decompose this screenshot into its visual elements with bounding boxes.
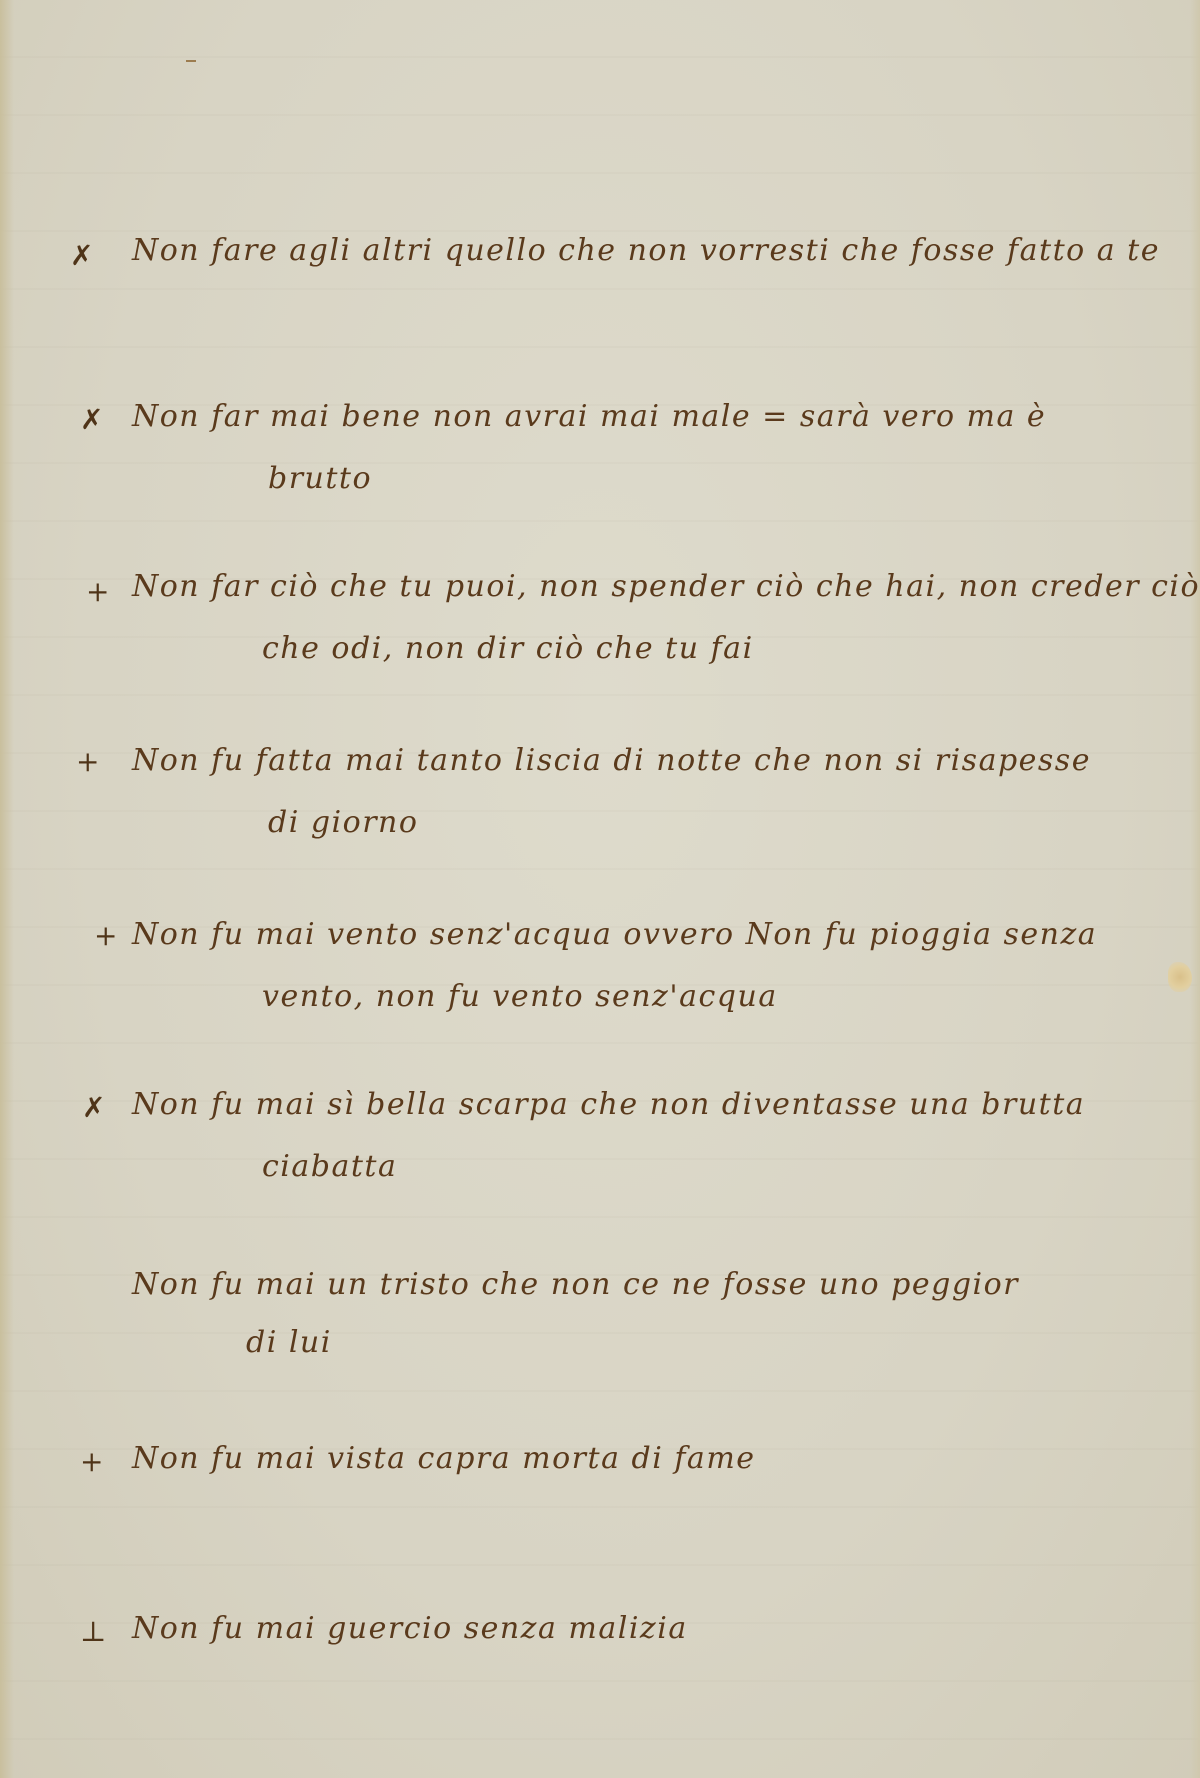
proverb-continuation: di giorno — [268, 808, 418, 838]
manuscript-page: ✗ Non fare agli altri quello che non vor… — [0, 0, 1200, 1778]
proverb-line: Non fu mai sì bella scarpa che non diven… — [132, 1090, 1085, 1120]
proverb-continuation: brutto — [268, 464, 372, 494]
proverb-line: Non fu mai vista capra morta di fame — [132, 1444, 756, 1474]
cross-mark-icon: ✗ — [70, 242, 93, 270]
proverb-continuation: che odi, non dir ciò che tu fai — [262, 634, 754, 664]
proverb-line: Non fare agli altri quello che non vorre… — [132, 236, 1160, 266]
proverb-continuation: vento, non fu vento senz'acqua — [262, 982, 778, 1012]
proverb-line: Non fu mai un tristo che non ce ne fosse… — [132, 1270, 1019, 1300]
page-right-edge — [1190, 0, 1200, 1778]
proverb-line: Non far ciò che tu puoi, non spender ciò… — [132, 572, 1200, 602]
proverb-line: Non fu mai guercio senza malizia — [132, 1614, 688, 1644]
plus-mark-icon: + — [86, 578, 109, 606]
top-mark — [186, 60, 196, 62]
cross-mark-icon: ✗ — [80, 406, 103, 434]
proverb-line: Non far mai bene non avrai mai male = sa… — [132, 402, 1046, 432]
plus-mark-icon: + — [80, 1448, 103, 1476]
proverb-continuation: ciabatta — [262, 1152, 397, 1182]
proverb-line: Non fu fatta mai tanto liscia di notte c… — [132, 746, 1091, 776]
proverb-continuation: di lui — [246, 1328, 332, 1358]
perp-mark-icon: ⊥ — [80, 1618, 106, 1646]
plus-mark-icon: + — [76, 748, 99, 776]
cross-mark-icon: ✗ — [82, 1094, 105, 1122]
proverb-line: Non fu mai vento senz'acqua ovvero Non f… — [132, 920, 1097, 950]
plus-mark-icon: + — [94, 922, 117, 950]
paper-stain — [1168, 962, 1192, 992]
page-left-edge — [0, 0, 14, 1778]
